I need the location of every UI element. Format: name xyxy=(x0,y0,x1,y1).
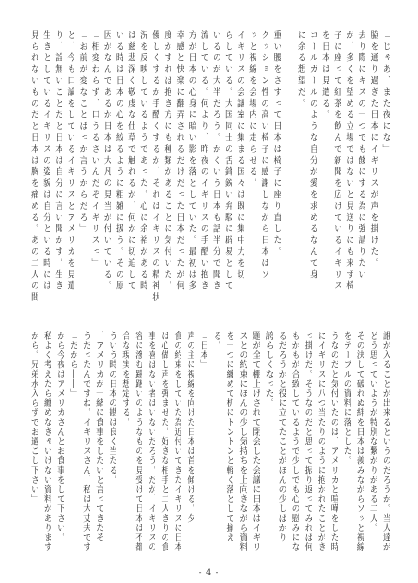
text-column: を一つに纏めて机にトントンと軽く落として揃え xyxy=(223,331,233,563)
text-column: 度かすれば抱き方にも種類があることに気付いた。 xyxy=(161,30,171,308)
text-column: いる時は日本の心を絞るように粗雑に扱う。その原 xyxy=(113,30,123,308)
text-column: 「日本」 xyxy=(197,331,207,563)
text-column: っ掛けだ。そうなのだと思って振り返ってみれば何 xyxy=(302,331,312,563)
text-column: ういう時の日本の勘は良く当たる。 xyxy=(106,331,116,563)
text-column: 事を喜ばない者はいないだろう。だが、イギリスの xyxy=(145,331,155,563)
text-column: 私よく考えたら纏めなきゃいけない資料があります xyxy=(41,331,51,563)
text-column: から。兄弟水入らずでお過ごし下さい」 xyxy=(28,331,38,563)
text-column: 生きとしているイギリスの姿貌は自分といる時には xyxy=(40,30,50,308)
text-column: 「じゃあ、また夜にな」 xyxy=(380,30,390,308)
text-column: 去り際にキスの一つでも餞にする為に強請りたい xyxy=(355,30,365,308)
text-column: もかもが合致しているようで少しでも心の慰みにな xyxy=(289,331,299,563)
text-column: 「相変わらず、口うるさいんだぞイギリスっ」 xyxy=(89,30,99,308)
text-column: から今夜はアメリカさんとお食事をして下さい。 xyxy=(54,331,64,563)
document-page: 「じゃあ、また夜にな」脇を通り過ぎた日本にイギリスが声を掛けた。去り際にキスの一… xyxy=(0,0,418,583)
text-column: と、今も口論をしているイギリスとアメリカを見遣 xyxy=(64,30,74,308)
text-column: コールガールのような自分が愛を求めるなんて身 xyxy=(307,30,317,308)
text-column: 重い腰をさすって日本は椅子に座り直した。 xyxy=(271,30,281,308)
text-column: は心做し声を弾ませた。好きな相手と二人きりの食 xyxy=(158,331,168,563)
text-column: 脇を通り過ぎた日本にイギリスが声を掛けた。 xyxy=(368,30,378,308)
text-column: クッション性の高い椅子に感謝しながら日本はソ xyxy=(258,30,268,308)
text-column: 方が日本の心身に暗い影を落としていた。最初は多 xyxy=(186,30,196,308)
text-column: 況を反映しているようであった。心に余裕がある時 xyxy=(137,30,147,308)
text-column: が、多くを望める立場ではないと見送りにも来ず椅 xyxy=(343,30,353,308)
text-column: その決して破れぬ絆を日本は羨みながらソッと視線 xyxy=(354,331,364,563)
bottom-text-band: 誰が入ることが出来るというのだろうか。当人達がどう思っていようが特別な繋がりがあ… xyxy=(28,331,390,563)
text-column: 誰が入ることが出来るというのだろうか。当人達が xyxy=(380,331,390,563)
text-column xyxy=(283,30,293,308)
top-text-band: 「じゃあ、また夜にな」脇を通り過ぎた日本にイギリスが声を掛けた。去り際にキスの一… xyxy=(28,30,390,308)
text-column: る。 xyxy=(210,331,220,563)
text-column: うなのだと気付いたのは、アメリカと喧嘩をした時 xyxy=(328,331,338,563)
text-column: 容に滲む躊躇いのようなものを見受けて日本は不都 xyxy=(132,331,142,563)
text-column: 見られないものだと日本は胸を痛める。あの二人の間 xyxy=(28,30,38,308)
text-column: 誇らしくなった。 xyxy=(263,331,273,563)
text-column: に余る想望だ。 xyxy=(295,30,305,308)
text-column: らしている。大国同士の舌鋒鋭い弁駁に辟易として xyxy=(222,30,232,308)
text-column: 子に座って紅茶を飲んで新聞を広げているイギリス xyxy=(331,30,341,308)
text-column: り、詮無いことだと日本は自分に言い聞かす。生き xyxy=(52,30,62,308)
text-column: 食の約束をしていた為近付いてきたイギリスに日本 xyxy=(171,331,181,563)
text-column: どう思っていようが特別な繋がりがある二人。 xyxy=(367,331,377,563)
text-column: ッと視線を会場内に走らせる。 xyxy=(246,30,256,308)
text-column: は慈悲深く敬虔な仕草で触れるが、何かに切迫して xyxy=(125,30,135,308)
text-column: 幸感と快楽に翻弄されるだけだった日本だったが何 xyxy=(174,30,184,308)
text-column: うだったんですね。イギリスさん、私は大丈夫です xyxy=(80,331,90,563)
text-column: にイギリスに八つ当たりのように抱かれたことがき xyxy=(315,331,325,563)
text-column: 流している。何より、昨夜のイギリスの手酷い抱き xyxy=(198,30,208,308)
text-column: 「だから――」 xyxy=(67,331,77,563)
text-column: 合な現実を想定する。 xyxy=(119,331,129,563)
text-column: いるのが大半だろう。かくいう日本も話半分で聞き xyxy=(210,30,220,308)
text-column: 題が全て棚上げされて閉会した会議に日本はイギリ xyxy=(250,331,260,563)
text-column: スとの約束にほんの少し気持ちを上向きながら資料 xyxy=(237,331,247,563)
text-column: を日本は見遣る。 xyxy=(319,30,329,308)
page-number: - 4 - xyxy=(0,568,418,577)
text-column: 、アメリカが一緒に食事をしたいと言ってきたそ xyxy=(93,331,103,563)
text-column: るだろうかと役に立てたことがほんの少しばかり xyxy=(276,331,286,563)
text-column: 「お前が変なことばっか言うからだろ」 xyxy=(77,30,87,308)
text-column: 声の主に視線を向けた日本は首を傾げる。夕 xyxy=(184,331,194,563)
text-column: 優しくするか手酷くするか、それはイギリスの精神状 xyxy=(149,30,159,308)
text-column: イギリスの会議室に集まる国々は既に集中力を切 xyxy=(234,30,244,308)
text-column: 因がなんであるか日本は大凡の見当が付いている。 xyxy=(101,30,111,308)
text-column: をテーブルの資料に落とした。 xyxy=(341,331,351,563)
